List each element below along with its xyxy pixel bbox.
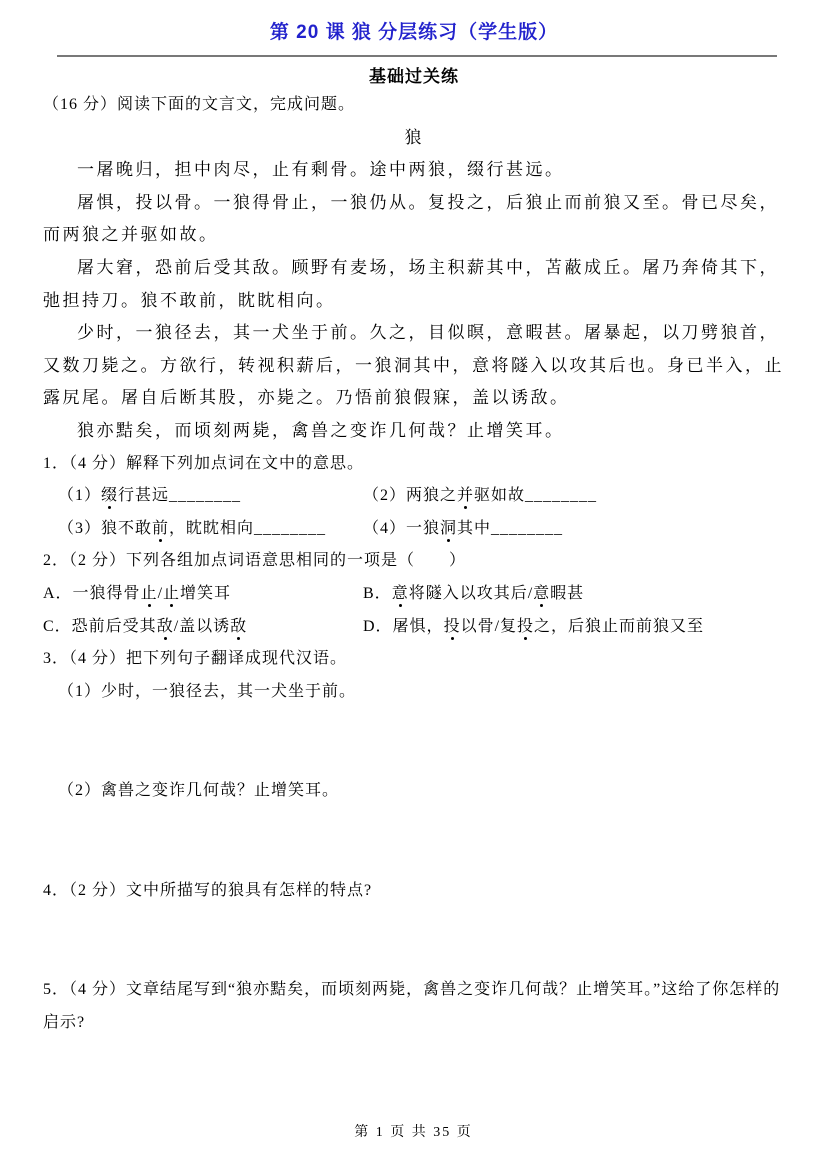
- passage-paragraph-2: 屠惧，投以骨。一狼得骨止，一狼仍从。复投之，后狼止而前狼又至。骨已尽矣，而两狼之…: [43, 187, 785, 252]
- passage-title: 狼: [43, 122, 785, 155]
- emphasis-dotted-char: 前: [152, 520, 169, 537]
- question-5-stem: 5．（4 分）文章结尾写到“狼亦黠矣，而顷刻两毙，禽兽之变诈几何哉？止增笑耳。”…: [43, 974, 785, 1039]
- question-1-item-1: （1）缀行甚远________: [43, 480, 363, 513]
- question-1-item-2: （2）两狼之并驱如故________: [363, 480, 785, 513]
- passage-paragraph-5: 狼亦黠矣，而顷刻两毙，禽兽之变诈几何哉？止增笑耳。: [43, 415, 785, 448]
- question-2-row-1: A．一狼得骨止/止增笑耳 B．意将隧入以攻其后/意暇甚: [43, 578, 785, 611]
- emphasis-dotted-char: 意: [392, 585, 409, 602]
- answer-space-1: [43, 708, 785, 775]
- header-divider: [57, 55, 777, 57]
- question-3-item-2: （2）禽兽之变诈几何哉？止增笑耳。: [43, 775, 785, 808]
- question-2-option-d: D．屠惧，投以骨/复投之，后狼止而前狼又至: [363, 611, 785, 644]
- question-1-item-4: （4）一狼洞其中________: [363, 513, 785, 546]
- question-1-row-1: （1）缀行甚远________ （2）两狼之并驱如故________: [43, 480, 785, 513]
- question-1-item-3: （3）狼不敢前，眈眈相向________: [43, 513, 363, 546]
- passage-paragraph-3: 屠大窘，恐前后受其敌。顾野有麦场，场主积薪其中，苫蔽成丘。屠乃奔倚其下，弛担持刀…: [43, 252, 785, 317]
- emphasis-dotted-char: 敌: [230, 618, 247, 635]
- emphasis-dotted-char: 敌: [157, 618, 174, 635]
- question-3-stem: 3．（4 分）把下列句子翻译成现代汉语。: [43, 643, 785, 676]
- question-2-option-a: A．一狼得骨止/止增笑耳: [43, 578, 363, 611]
- question-2-option-c: C．恐前后受其敌/盖以诱敌: [43, 611, 363, 644]
- passage-paragraph-4: 少时，一狼径去，其一犬坐于前。久之，目似暝，意暇甚。屠暴起，以刀劈狼首，又数刀毙…: [43, 317, 785, 415]
- emphasis-dotted-char: 缀: [101, 487, 118, 504]
- worksheet-page: 第 20 课 狼 分层练习（学生版） 基础过关练 （16 分）阅读下面的文言文，…: [0, 0, 827, 1169]
- passage-paragraph-1: 一屠晚归，担中肉尽，止有剩骨。途中两狼，缀行甚远。: [43, 154, 785, 187]
- emphasis-dotted-char: 洞: [440, 520, 457, 537]
- emphasis-dotted-char: 投: [444, 618, 461, 635]
- emphasis-dotted-char: 止: [141, 585, 158, 602]
- question-3-item-1: （1）少时，一狼径去，其一犬坐于前。: [43, 676, 785, 709]
- question-1-stem: 1．（4 分）解释下列加点词在文中的意思。: [43, 448, 785, 481]
- emphasis-dotted-char: 并: [457, 487, 474, 504]
- answer-space-2: [43, 808, 785, 875]
- question-1-row-2: （3）狼不敢前，眈眈相向________ （4）一狼洞其中________: [43, 513, 785, 546]
- page-footer: 第 1 页 共 35 页: [0, 1121, 827, 1141]
- question-2-option-b: B．意将隧入以攻其后/意暇甚: [363, 578, 785, 611]
- emphasis-dotted-char: 意: [533, 585, 550, 602]
- intro-text: （16 分）阅读下面的文言文，完成问题。: [43, 89, 785, 122]
- question-2-stem: 2．（2 分）下列各组加点词语意思相同的一项是（ ）: [43, 545, 785, 578]
- emphasis-dotted-char: 投: [517, 618, 534, 635]
- question-2-row-2: C．恐前后受其敌/盖以诱敌 D．屠惧，投以骨/复投之，后狼止而前狼又至: [43, 611, 785, 644]
- question-4-stem: 4．（2 分）文中所描写的狼具有怎样的特点?: [43, 875, 785, 908]
- emphasis-dotted-char: 止: [163, 585, 180, 602]
- doc-title: 第 20 课 狼 分层练习（学生版）: [43, 20, 785, 46]
- section-title: 基础过关练: [43, 65, 785, 89]
- answer-space-3: [43, 907, 785, 974]
